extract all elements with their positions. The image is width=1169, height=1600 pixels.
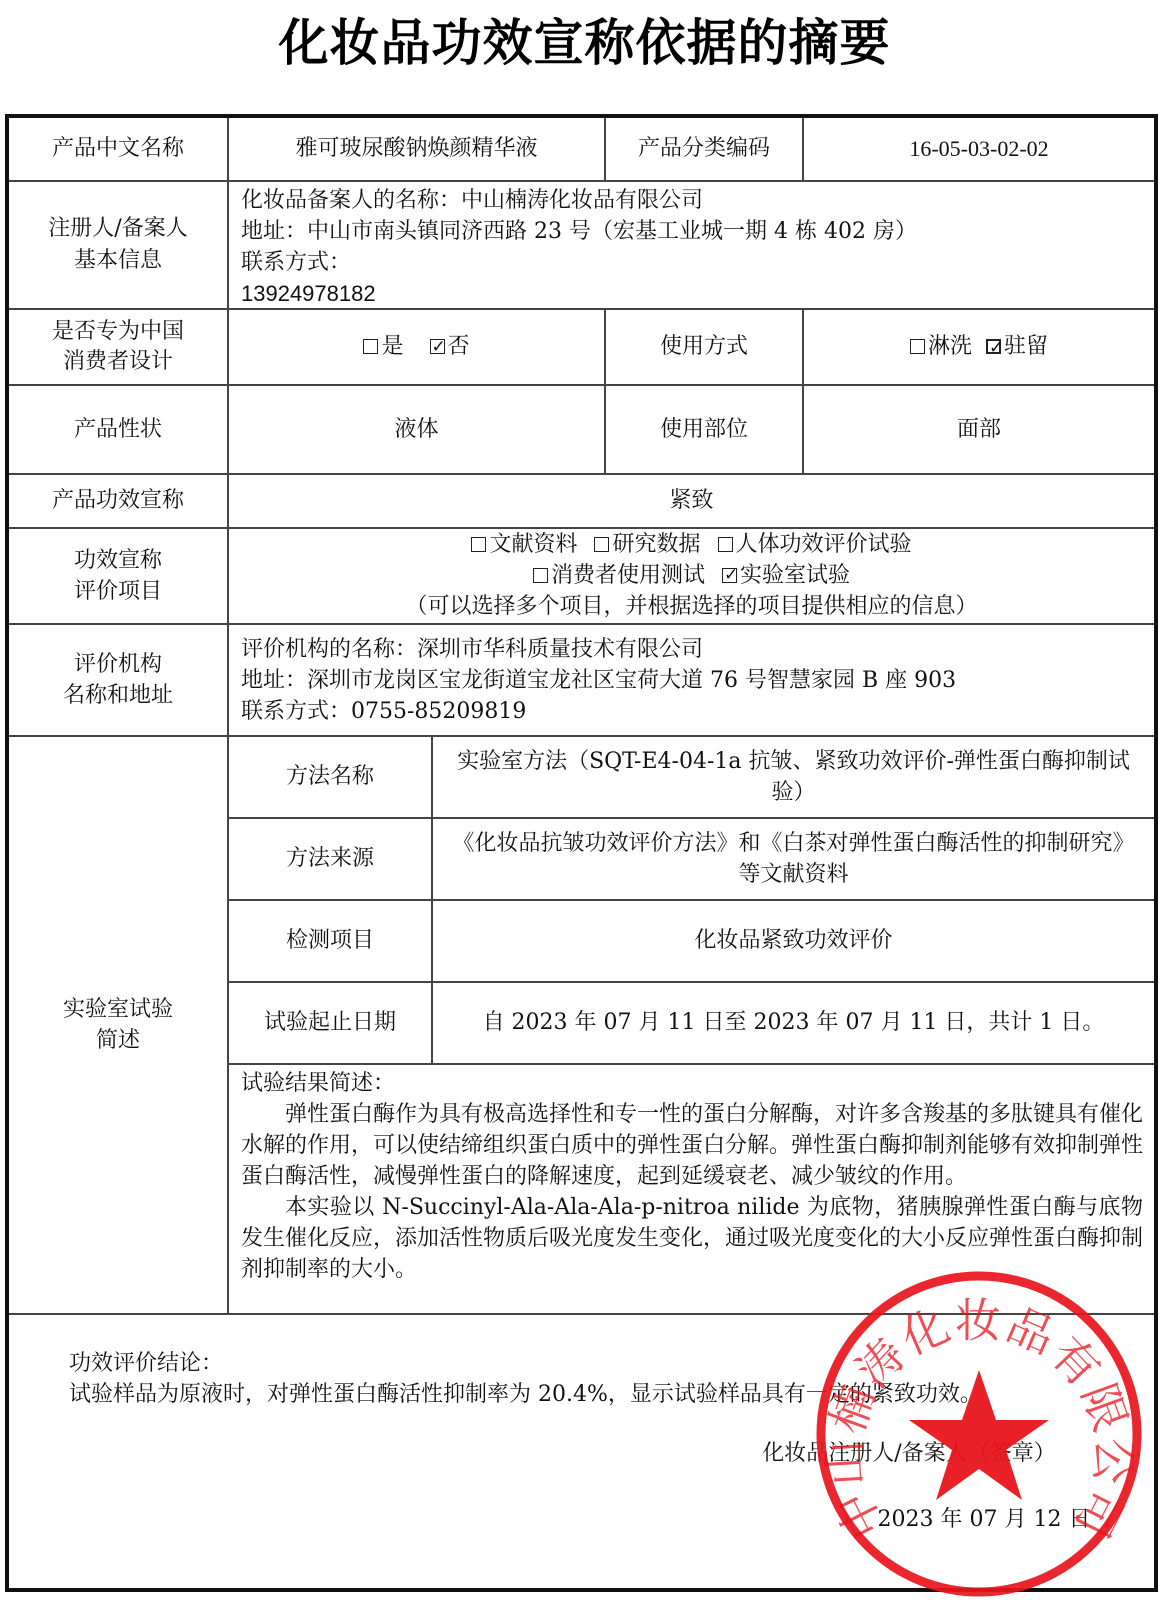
lab-test-label: 实验室试验 简述 xyxy=(9,737,227,1313)
product-code-label: 产品分类编码 xyxy=(606,118,802,180)
test-item-label: 检测项目 xyxy=(229,901,431,981)
option-yes-label: 是 xyxy=(381,334,403,359)
area-value: 面部 xyxy=(804,386,1154,473)
area-label: 使用部位 xyxy=(606,386,802,473)
result-paragraph-2: 本实验以 N-Succinyl-Ala-Ala-Ala-p-nitroa nil… xyxy=(241,1192,1143,1285)
document-title: 化妆品功效宣称依据的摘要 xyxy=(0,8,1169,78)
form-value: 液体 xyxy=(229,386,604,473)
institution-contact: 联系方式：0755-85209819 xyxy=(241,696,956,727)
china-design-label: 是否专为中国 消费者设计 xyxy=(9,310,227,384)
china-design-label-line2: 消费者设计 xyxy=(63,347,173,377)
institution-info: 评价机构的名称：深圳市华科质量技术有限公司 地址：深圳市龙岗区宝龙街道宝龙社区宝… xyxy=(241,625,1141,735)
registrant-contact: 联系方式： xyxy=(241,247,917,278)
method-source-label: 方法来源 xyxy=(229,819,431,899)
option-no[interactable]: 否 xyxy=(430,331,470,363)
option-consumer-test[interactable]: 消费者使用测试 xyxy=(533,563,705,588)
checkbox-no-checked[interactable] xyxy=(430,339,445,354)
method-name-label: 方法名称 xyxy=(229,737,431,817)
evaluation-options-row2: 消费者使用测试 实验室试验 xyxy=(533,560,850,591)
signature-label: 化妆品注册人/备案人（签章） xyxy=(729,1436,1089,1472)
option-no-label: 否 xyxy=(448,334,470,359)
institution-label: 评价机构 名称和地址 xyxy=(9,625,227,735)
option-literature-label: 文献资料 xyxy=(489,532,577,557)
usage-label: 使用方式 xyxy=(606,310,802,384)
summary-table: 产品中文名称 雅可玻尿酸钠焕颜精华液 产品分类编码 16-05-03-02-02… xyxy=(5,114,1158,1592)
checkbox-research-data[interactable] xyxy=(594,537,609,552)
evaluation-items-options: 文献资料 研究数据 人体功效评价试验 消费者使用测试 实验室试验 （可以选择多个… xyxy=(229,527,1154,623)
lab-test-label-line1: 实验室试验 xyxy=(63,994,173,1025)
option-research-data[interactable]: 研究数据 xyxy=(594,532,700,557)
lab-test-label-line2: 简述 xyxy=(96,1025,140,1056)
checkbox-yes[interactable] xyxy=(363,339,378,354)
option-yes[interactable]: 是 xyxy=(363,331,403,363)
product-name-value: 雅可玻尿酸钠焕颜精华液 xyxy=(229,118,604,180)
option-human-trial-label: 人体功效评价试验 xyxy=(736,532,912,557)
registrant-label: 注册人/备案人 基本信息 xyxy=(9,182,227,307)
evaluation-note: （可以选择多个项目，并根据选择的项目提供相应的信息） xyxy=(405,591,977,622)
conclusion: 功效评价结论： 试验样品为原液时，对弹性蛋白酶活性抑制率为 20.4%，显示试验… xyxy=(69,1348,1149,1428)
checkbox-literature[interactable] xyxy=(471,537,486,552)
claim-value: 紧致 xyxy=(229,475,1154,527)
registrant-address: 地址：中山市南头镇同济西路 23 号（宏基工业城一期 4 栋 402 房） xyxy=(241,216,917,247)
option-lab-test-label: 实验室试验 xyxy=(740,563,850,588)
option-leave-on-label: 驻留 xyxy=(1004,334,1048,359)
result-summary: 试验结果简述： 弹性蛋白酶作为具有极高选择性和专一性的蛋白分解酶，对许多含羧基的… xyxy=(241,1066,1143,1312)
china-design-options: 是 否 xyxy=(229,310,604,384)
institution-name: 评价机构的名称：深圳市华科质量技术有限公司 xyxy=(241,634,956,665)
checkbox-rinse-off[interactable] xyxy=(910,339,925,354)
checkbox-lab-test-checked[interactable] xyxy=(722,568,737,583)
option-research-data-label: 研究数据 xyxy=(612,532,700,557)
evaluation-items-label-line2: 评价项目 xyxy=(74,576,162,607)
option-rinse-off-label: 淋洗 xyxy=(928,334,972,359)
institution-label-line1: 评价机构 xyxy=(74,649,162,680)
result-paragraph-1: 弹性蛋白酶作为具有极高选择性和专一性的蛋白分解酶，对许多含羧基的多肽键具有催化水… xyxy=(241,1099,1143,1192)
method-name-value: 实验室方法（SQT-E4-04-1a 抗皱、紧致功效评价-弹性蛋白酶抑制试验） xyxy=(433,737,1154,817)
option-leave-on[interactable]: 驻留 xyxy=(986,331,1048,363)
claim-label: 产品功效宣称 xyxy=(9,475,227,527)
option-literature[interactable]: 文献资料 xyxy=(471,532,577,557)
checkbox-human-trial[interactable] xyxy=(718,537,733,552)
method-source-value: 《化妆品抗皱功效评价方法》和《白茶对弹性蛋白酶活性的抑制研究》等文献资料 xyxy=(433,819,1154,899)
registrant-name: 化妆品备案人的名称：中山楠涛化妆品有限公司 xyxy=(241,185,917,216)
registrant-info: 化妆品备案人的名称：中山楠涛化妆品有限公司 地址：中山市南头镇同济西路 23 号… xyxy=(241,184,1141,309)
test-item-value: 化妆品紧致功效评价 xyxy=(433,901,1154,981)
product-code-value: 16-05-03-02-02 xyxy=(804,118,1154,180)
signature-date: 2023 年 07 月 12 日 xyxy=(849,1502,1119,1538)
date-label: 试验起止日期 xyxy=(229,983,431,1063)
checkbox-consumer-test[interactable] xyxy=(533,568,548,583)
option-rinse-off[interactable]: 淋洗 xyxy=(910,331,972,363)
usage-options: 淋洗 驻留 xyxy=(804,310,1154,384)
institution-address: 地址：深圳市龙岗区宝龙街道宝龙社区宝荷大道 76 号智慧家园 B 座 903 xyxy=(241,665,956,696)
evaluation-items-label-line1: 功效宣称 xyxy=(74,545,162,576)
product-name-label: 产品中文名称 xyxy=(9,118,227,180)
china-design-label-line1: 是否专为中国 xyxy=(52,317,184,347)
result-heading: 试验结果简述： xyxy=(241,1068,1143,1099)
option-consumer-test-label: 消费者使用测试 xyxy=(551,563,705,588)
checkbox-leave-on-checked[interactable] xyxy=(986,339,1001,354)
registrant-phone: 13924978182 xyxy=(241,278,917,309)
institution-label-line2: 名称和地址 xyxy=(63,680,173,711)
option-lab-test[interactable]: 实验室试验 xyxy=(722,563,850,588)
registrant-label-line1: 注册人/备案人 xyxy=(48,213,187,245)
date-value: 自 2023 年 07 月 11 日至 2023 年 07 月 11 日，共计 … xyxy=(433,983,1154,1063)
evaluation-options-row1: 文献资料 研究数据 人体功效评价试验 xyxy=(471,529,911,560)
conclusion-heading: 功效评价结论： xyxy=(69,1348,982,1379)
registrant-label-line2: 基本信息 xyxy=(74,245,162,277)
evaluation-items-label: 功效宣称 评价项目 xyxy=(9,529,227,623)
conclusion-text: 试验样品为原液时，对弹性蛋白酶活性抑制率为 20.4%，显示试验样品具有一定的紧… xyxy=(69,1379,982,1410)
form-label: 产品性状 xyxy=(9,386,227,473)
option-human-trial[interactable]: 人体功效评价试验 xyxy=(718,532,912,557)
